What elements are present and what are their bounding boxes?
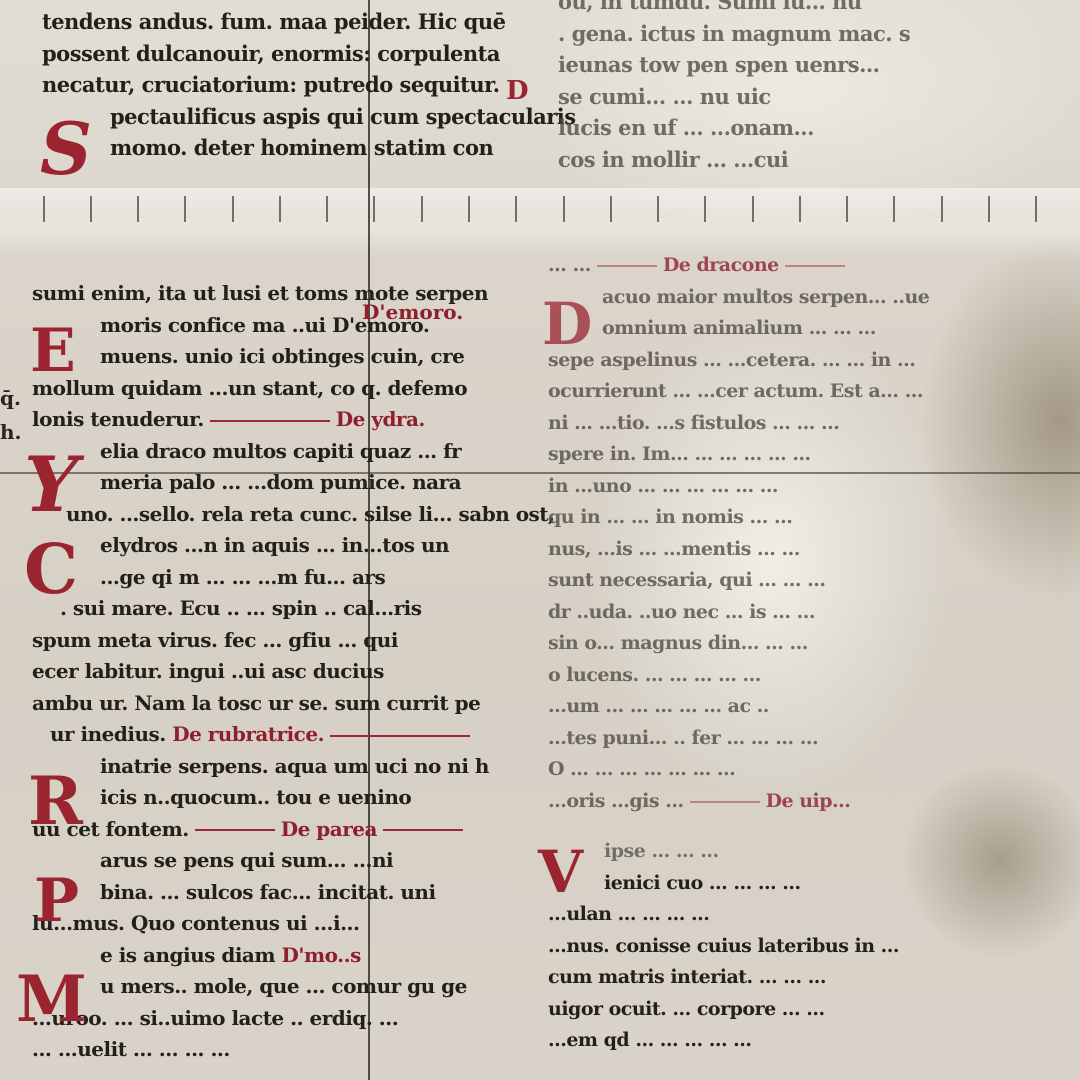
- text-line: ... ...uelit ... ... ... ...: [32, 1034, 555, 1066]
- text-line: momo. deter hominem statim con: [42, 132, 576, 164]
- lower-right-column: ... ...De dracone acuo maior multos serp…: [548, 250, 929, 817]
- text-line: qu in ... ... in nomis ... ...: [548, 502, 929, 534]
- upper-left-column: tendens andus. fum. maa peider. Hic quē …: [42, 6, 576, 164]
- margin-mark: q̄.: [0, 386, 21, 410]
- text-line: . gena. ictus in magnum mac. s: [558, 18, 910, 50]
- text-line: ur inedius. De rubratrice.: [32, 719, 555, 751]
- text-line: muens. unio ici obtinges cuin, cre: [32, 341, 555, 373]
- text-line: moris confice ma ..ui D'emoro.: [32, 310, 555, 342]
- text-line: ...nus. conisse cuius lateribus in ...: [548, 931, 899, 963]
- text-line: ...oris ...gis ...De uip...: [548, 786, 929, 818]
- rubric-heading: De rubratrice.: [172, 722, 324, 746]
- rubric-heading: De uip...: [766, 790, 851, 812]
- text-line: spum meta virus. fec ... gfiu ... qui: [32, 625, 555, 657]
- initial-Y: Y: [24, 440, 78, 529]
- text-line: cos in mollir ... ...cui: [558, 144, 910, 176]
- ruling-prick-marks: [0, 192, 1080, 228]
- text-line: ou, in tumdu. Sumi lu... nu: [558, 0, 910, 18]
- text-line: sumi enim, ita ut lusi et toms mote serp…: [32, 278, 555, 310]
- text-line: se cumi... ... nu uic: [558, 81, 910, 113]
- rubric-mark: D: [506, 76, 529, 106]
- text-line: lonis tenuderur.De ydra.: [32, 404, 555, 436]
- text-line: uu cet fontem.De parea: [32, 814, 555, 846]
- text-line: ecer labitur. ingui ..ui asc ducius: [32, 656, 555, 688]
- text-line: bina. ... sulcos fac... incitat. uni: [32, 877, 555, 909]
- text-line: ni ... ...tio. ...s fistulos ... ... ...: [548, 408, 929, 440]
- text-line: sunt necessaria, qui ... ... ...: [548, 565, 929, 597]
- upper-right-column: ou, in tumdu. Sumi lu... nu . gena. ictu…: [558, 0, 910, 175]
- text-line: elydros ...n in aquis ... in...tos un: [32, 530, 555, 562]
- text-line: pectaulificus aspis qui cum spectaculari…: [42, 101, 576, 133]
- initial-S: S: [40, 106, 92, 191]
- text-line: ...uroo. ... si..uimo lacte .. erdiq. ..…: [32, 1003, 555, 1035]
- rubric-heading: De dracone: [663, 254, 779, 276]
- text-line: ... ...De dracone: [548, 250, 929, 282]
- text-line: sepe aspelinus ... ...cetera. ... ... in…: [548, 345, 929, 377]
- text-line: ...tes puni... .. fer ... ... ... ...: [548, 723, 929, 755]
- text-line: sin o... magnus din... ... ...: [548, 628, 929, 660]
- rubric-heading: De ydra.: [336, 407, 425, 431]
- text-line: . sui mare. Ecu .. ... spin .. cal...ris: [32, 593, 555, 625]
- text-line: omnium animalium ... ... ...: [548, 313, 929, 345]
- lower-left-column: sumi enim, ita ut lusi et toms mote serp…: [32, 278, 555, 1066]
- text-line: ...em qd ... ... ... ... ...: [548, 1025, 899, 1057]
- text-line: ocurrierunt ... ...cer actum. Est a... .…: [548, 376, 929, 408]
- rubric-heading: D'emoro.: [362, 300, 463, 324]
- text-line: lucis en uf ... ...onam...: [558, 112, 910, 144]
- text-line: uigor ocuit. ... corpore ... ...: [548, 994, 899, 1026]
- text-line: mollum quidam ...un stant, co q. defemo: [32, 373, 555, 405]
- text-line: uno. ...sello. rela reta cunc. silse li.…: [32, 499, 555, 531]
- text-line: ...ge qi m ... ... ...m fu... ars: [32, 562, 555, 594]
- text-line: in ...uno ... ... ... ... ... ...: [548, 471, 929, 503]
- initial-C: C: [24, 530, 78, 610]
- manuscript-page: tendens andus. fum. maa peider. Hic quē …: [0, 0, 1080, 1080]
- text-line: o lucens. ... ... ... ... ...: [548, 660, 929, 692]
- initial-D: D: [542, 290, 592, 358]
- text-line: ...um ... ... ... ... ... ac ..: [548, 691, 929, 723]
- text-line: necatur, cruciatorium: putredo sequitur.: [42, 69, 576, 101]
- initial-M: M: [16, 962, 87, 1037]
- initial-E: E: [30, 316, 76, 386]
- text-line: ipse ... ... ...: [548, 836, 899, 868]
- text-line: spere in. Im... ... ... ... ... ...: [548, 439, 929, 471]
- text-line: nus, ...is ... ...mentis ... ...: [548, 534, 929, 566]
- text-line: u mers.. mole, que ... comur gu ge: [32, 971, 555, 1003]
- text-line: ieunas tow pen spen uenrs...: [558, 49, 910, 81]
- lower-right-column-continued: ipse ... ... ... ienici cuo ... ... ... …: [548, 836, 899, 1057]
- initial-P: P: [34, 866, 79, 936]
- text-line: acuo maior multos serpen... ..ue: [548, 282, 929, 314]
- text-line: ienici cuo ... ... ... ...: [548, 868, 899, 900]
- text-line: cum matris interiat. ... ... ...: [548, 962, 899, 994]
- text-line: tendens andus. fum. maa peider. Hic quē: [42, 6, 576, 38]
- text-line: meria palo ... ...dom pumice. nara: [32, 467, 555, 499]
- rubric-heading: D'mo..s: [282, 943, 361, 967]
- text-line: O ... ... ... ... ... ... ...: [548, 754, 929, 786]
- text-line: e is angius diam D'mo..s: [32, 940, 555, 972]
- text-line: ambu ur. Nam la tosc ur se. sum currit p…: [32, 688, 555, 720]
- text-line: elia draco multos capiti quaz ... fr: [32, 436, 555, 468]
- text-line: dr ..uda. ..uo nec ... is ... ...: [548, 597, 929, 629]
- text-line: arus se pens qui sum... ...ni: [32, 845, 555, 877]
- text-line: possent dulcanouir, enormis: corpulenta: [42, 38, 576, 70]
- text-line: lu...mus. Quo contenus ui ...i...: [32, 908, 555, 940]
- margin-mark: h.: [0, 420, 22, 444]
- initial-R: R: [28, 762, 83, 840]
- initial-V: V: [538, 838, 583, 906]
- rubric-heading: De parea: [281, 817, 377, 841]
- text-line: inatrie serpens. aqua um uci no ni h: [32, 751, 555, 783]
- text-line: ...ulan ... ... ... ...: [548, 899, 899, 931]
- text-line: icis n..quocum.. tou e uenino: [32, 782, 555, 814]
